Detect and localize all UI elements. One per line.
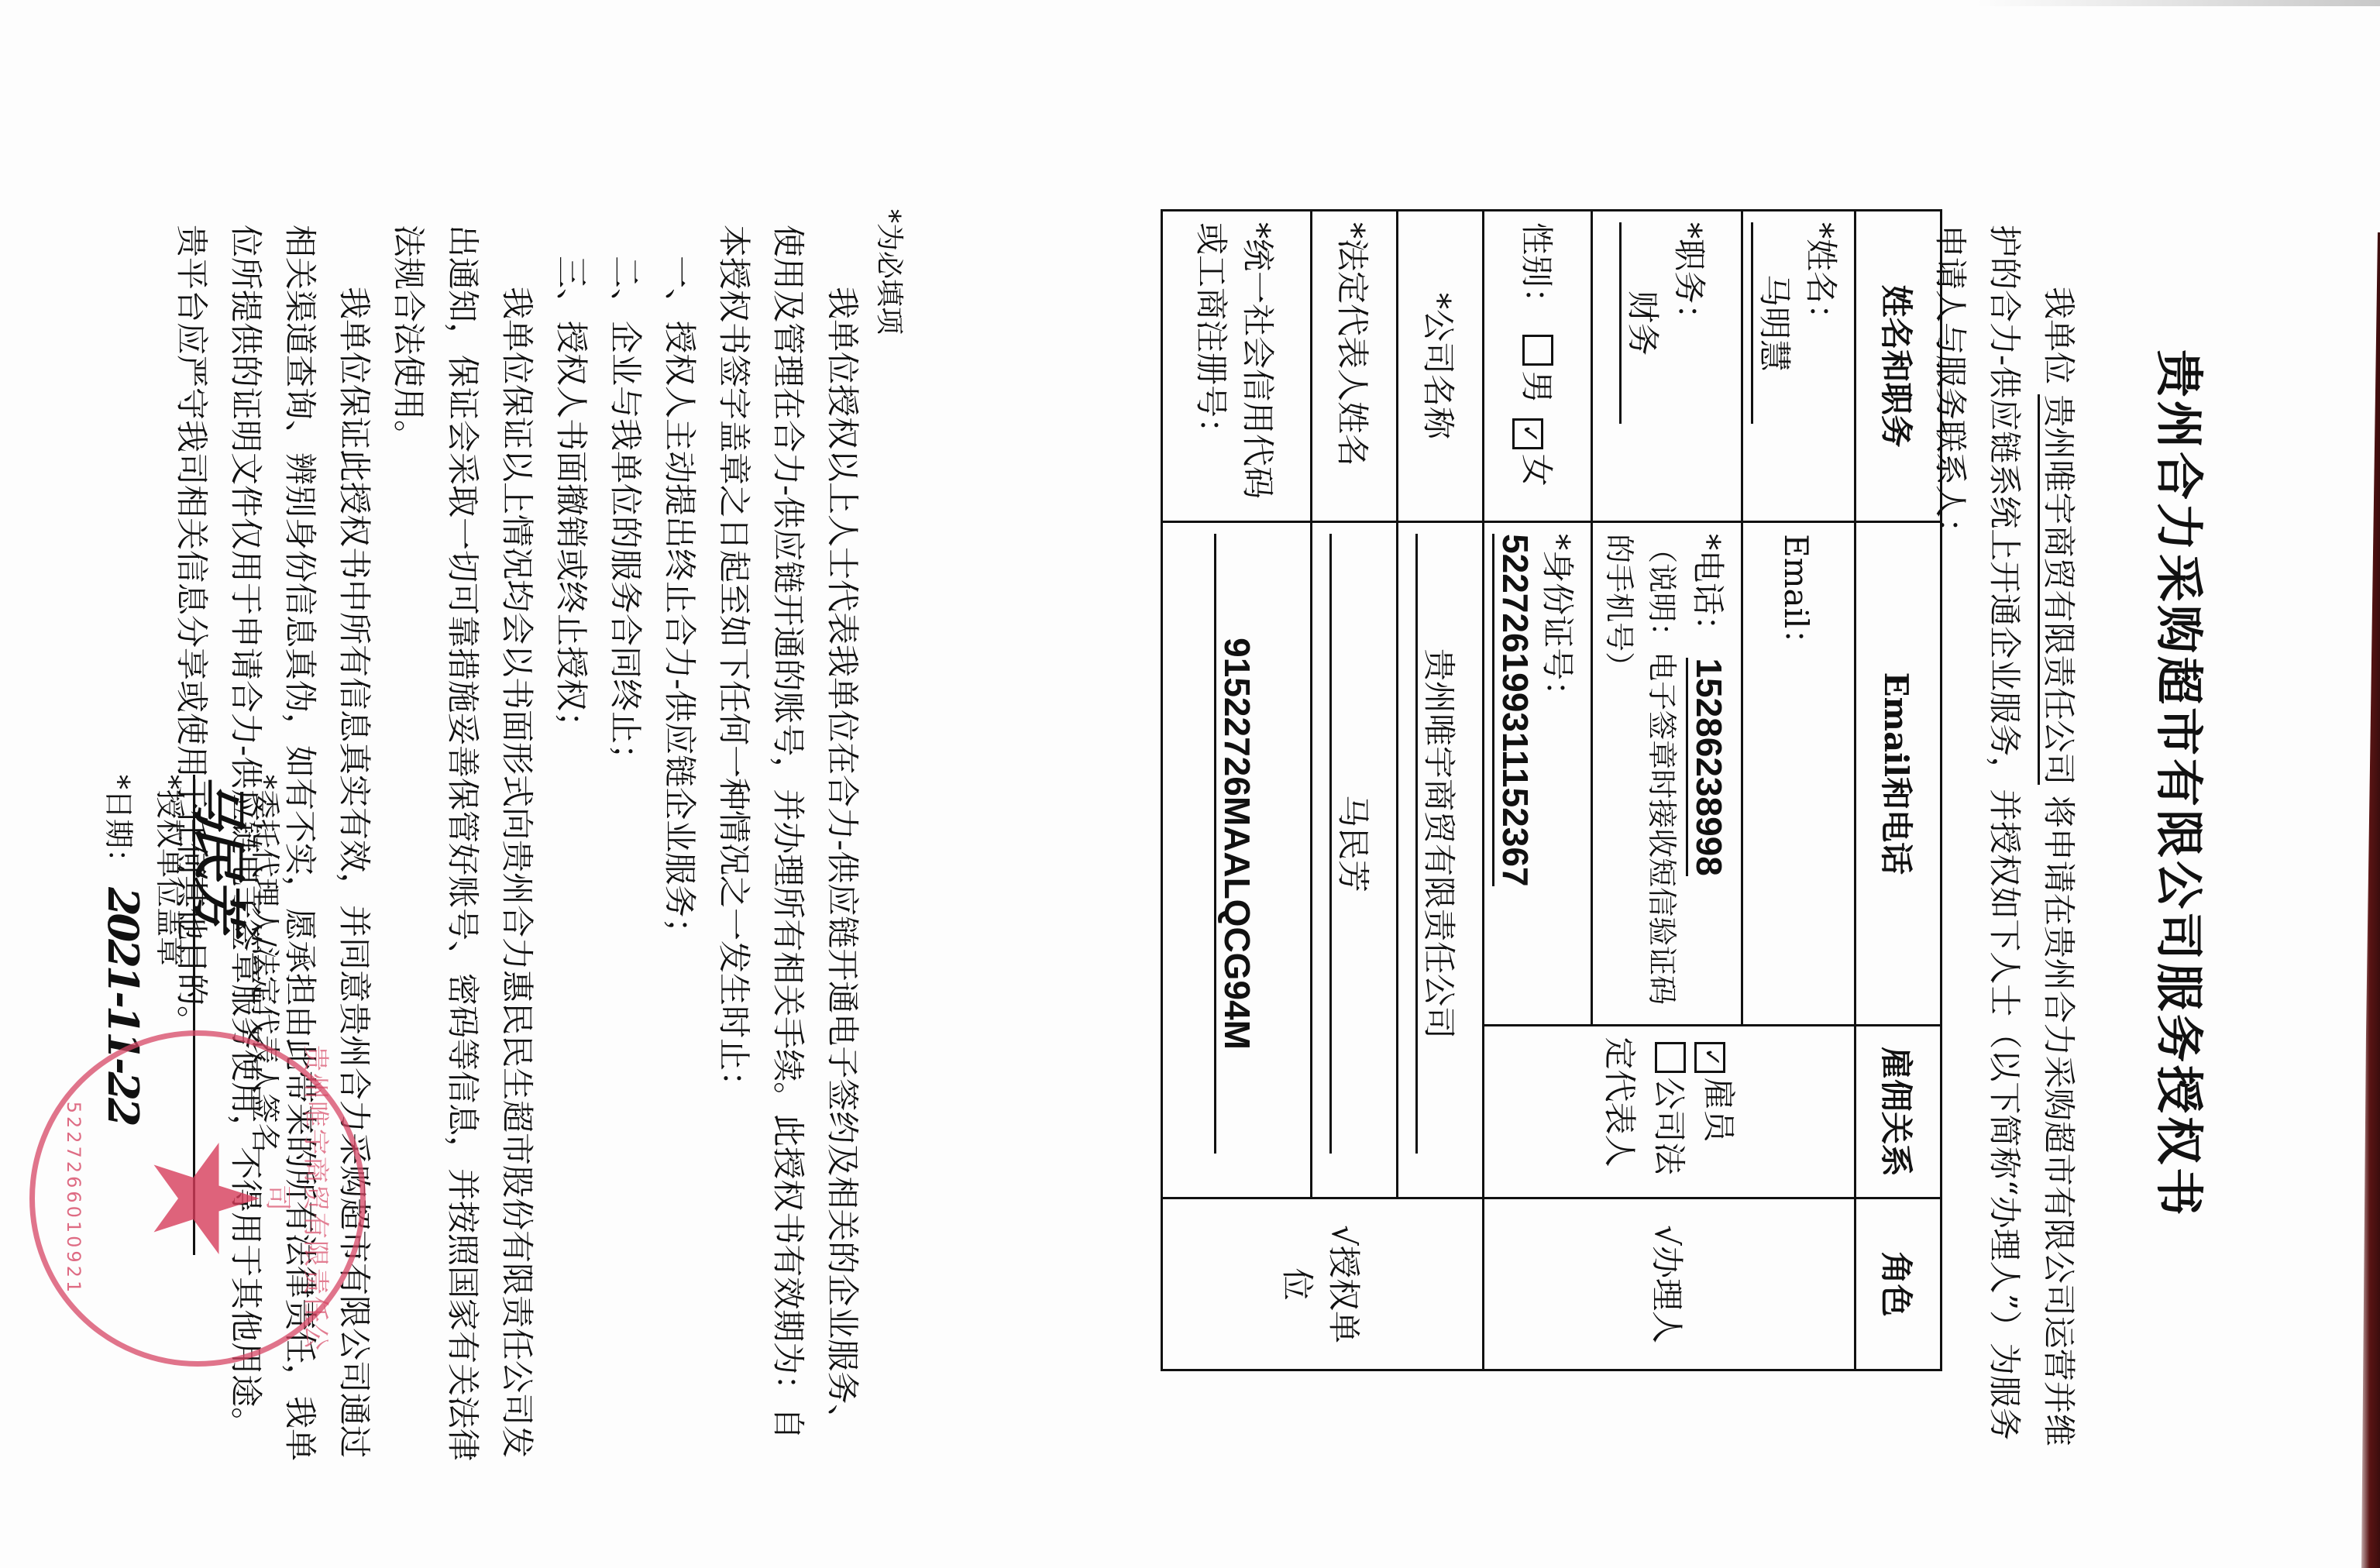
agent-role-cell: √办理人: [1484, 1198, 1856, 1370]
agent-id-cell: *身份证号： 522726199311152367: [1484, 522, 1592, 1025]
legal-rep-row: *法定代表人姓名 马民芳: [1312, 211, 1398, 1370]
agent-name-cell: *姓名： 马明慧: [1742, 211, 1856, 522]
legal-rep-field[interactable]: 马民芳: [1330, 534, 1379, 1154]
checkbox-checked-icon[interactable]: ✓: [1695, 1042, 1726, 1073]
gender-male-checkbox-icon[interactable]: [1523, 335, 1554, 366]
date-label: *日期：: [101, 775, 136, 878]
company-name-label: *公司名称: [1398, 211, 1484, 522]
star-icon: [143, 1140, 260, 1257]
agent-email-label: Email：: [1778, 534, 1816, 661]
document-title: 贵州合力采购超市有限公司服务授权书: [2148, 0, 2217, 1568]
header-name-title: 姓名和职务: [1856, 211, 1941, 522]
legal-rep-label: *法定代表人姓名: [1312, 211, 1398, 522]
employment-cell: ✓雇员 公司法定代表人: [1484, 1025, 1856, 1198]
agent-email-cell: Email：: [1742, 522, 1856, 1025]
gender-female-checkbox-icon[interactable]: ✓: [1513, 418, 1544, 449]
paragraph-item-2: 二、企业与我单位的服务合同终止；: [598, 256, 652, 1495]
agent-id-label: *身份证号：: [1539, 534, 1577, 713]
authorization-form-table: 姓名和职务 Email和电话 雇佣关系 角色 *姓名： 马明慧 Email： ✓…: [1161, 209, 1942, 1371]
agent-phone-note: （说明：电子签章时接收短信验证码的手机号）: [1601, 534, 1686, 1013]
paragraph-item-3: 三、授权人书面撤销或终止授权；: [544, 256, 598, 1495]
agent-name-field[interactable]: 马明慧: [1751, 222, 1800, 424]
agent-name-row: *姓名： 马明慧 Email： ✓雇员 公司法定代表人 √办理人: [1742, 211, 1856, 1370]
header-role: 角色: [1856, 1198, 1941, 1370]
intro-prefix: 我单位: [2040, 287, 2078, 384]
required-note: *为必填项: [862, 209, 916, 1449]
paragraph-authorization: 我单位授权以上人士代表我单位在合力-供应链开通电子签约及相关的企业服务、使用及管…: [707, 225, 869, 1464]
credit-code-label: *统一社会信用代码或工商注册号：: [1162, 211, 1312, 522]
agent-phone-cell: *电话： 15286238998 （说明：电子签章时接收短信验证码的手机号）: [1592, 522, 1742, 1025]
agent-title-field[interactable]: 财务: [1619, 222, 1668, 424]
agent-id-field[interactable]: 522726199311152367: [1492, 534, 1536, 886]
agent-gender-cell: 性别： 男 ✓女: [1484, 211, 1592, 522]
company-name-row: *公司名称 贵州唯宇商贸有限责任公司 √授权单位: [1398, 211, 1484, 1370]
agent-phone-label: *电话：: [1689, 534, 1727, 648]
legal-rep-cell: 马民芳: [1312, 522, 1398, 1198]
stamp-code: 5227266010921: [63, 1036, 84, 1361]
company-name-cell: 贵州唯宇商贸有限责任公司: [1398, 522, 1484, 1198]
credit-code-row: *统一社会信用代码或工商注册号： 91522726MAALQCG94M: [1162, 211, 1312, 1370]
agent-phone-field[interactable]: 15286238998: [1686, 658, 1730, 875]
checkbox-empty-icon[interactable]: [1656, 1042, 1687, 1073]
company-role-cell: √授权单位: [1162, 1198, 1484, 1370]
company-seal-stamp: 贵州唯宇商贸有限责任公司 5227266010921: [29, 1030, 366, 1367]
header-email-phone: Email和电话: [1856, 522, 1941, 1025]
intro-paragraph: 我单位 贵州唯宇商贸有限责任公司 将申请在贵州合力采购超市有限公司运营并维护的合…: [1923, 225, 2086, 1464]
intro-company: 贵州唯宇商贸有限责任公司: [2038, 394, 2078, 785]
company-name-field[interactable]: 贵州唯宇商贸有限责任公司: [1416, 534, 1465, 1154]
authorization-letter-page: 贵州合力采购超市有限公司服务授权书 我单位 贵州唯宇商贸有限责任公司 将申请在贵…: [0, 0, 2380, 1568]
agent-title-label: *职务：: [1670, 222, 1708, 336]
header-employment: 雇佣关系: [1856, 1025, 1941, 1198]
paragraph-guarantee-notice: 我单位保证以上情况均会以书面形式向贵州合力惠民民生超市股份有限责任公司发出通知，…: [381, 225, 544, 1464]
agent-gender-label: 性别：: [1518, 222, 1556, 320]
credit-code-field[interactable]: 91522726MAALQCG94M: [1215, 534, 1259, 1154]
table-header-row: 姓名和职务 Email和电话 雇佣关系 角色: [1856, 211, 1941, 1370]
credit-code-cell: 91522726MAALQCG94M: [1162, 522, 1312, 1198]
employment-option-legal-rep[interactable]: 公司法定代表人: [1595, 1037, 1694, 1187]
stamp-company-name: 贵州唯宇商贸有限责任公司: [261, 1036, 337, 1361]
agent-name-label: *姓名：: [1802, 222, 1840, 336]
paragraph-item-1: 一、授权人主动提出终止合力-供应链企业服务；: [652, 256, 707, 1495]
employment-option-employee[interactable]: ✓雇员: [1694, 1037, 1744, 1187]
agent-title-cell: *职务： 财务: [1592, 211, 1742, 522]
